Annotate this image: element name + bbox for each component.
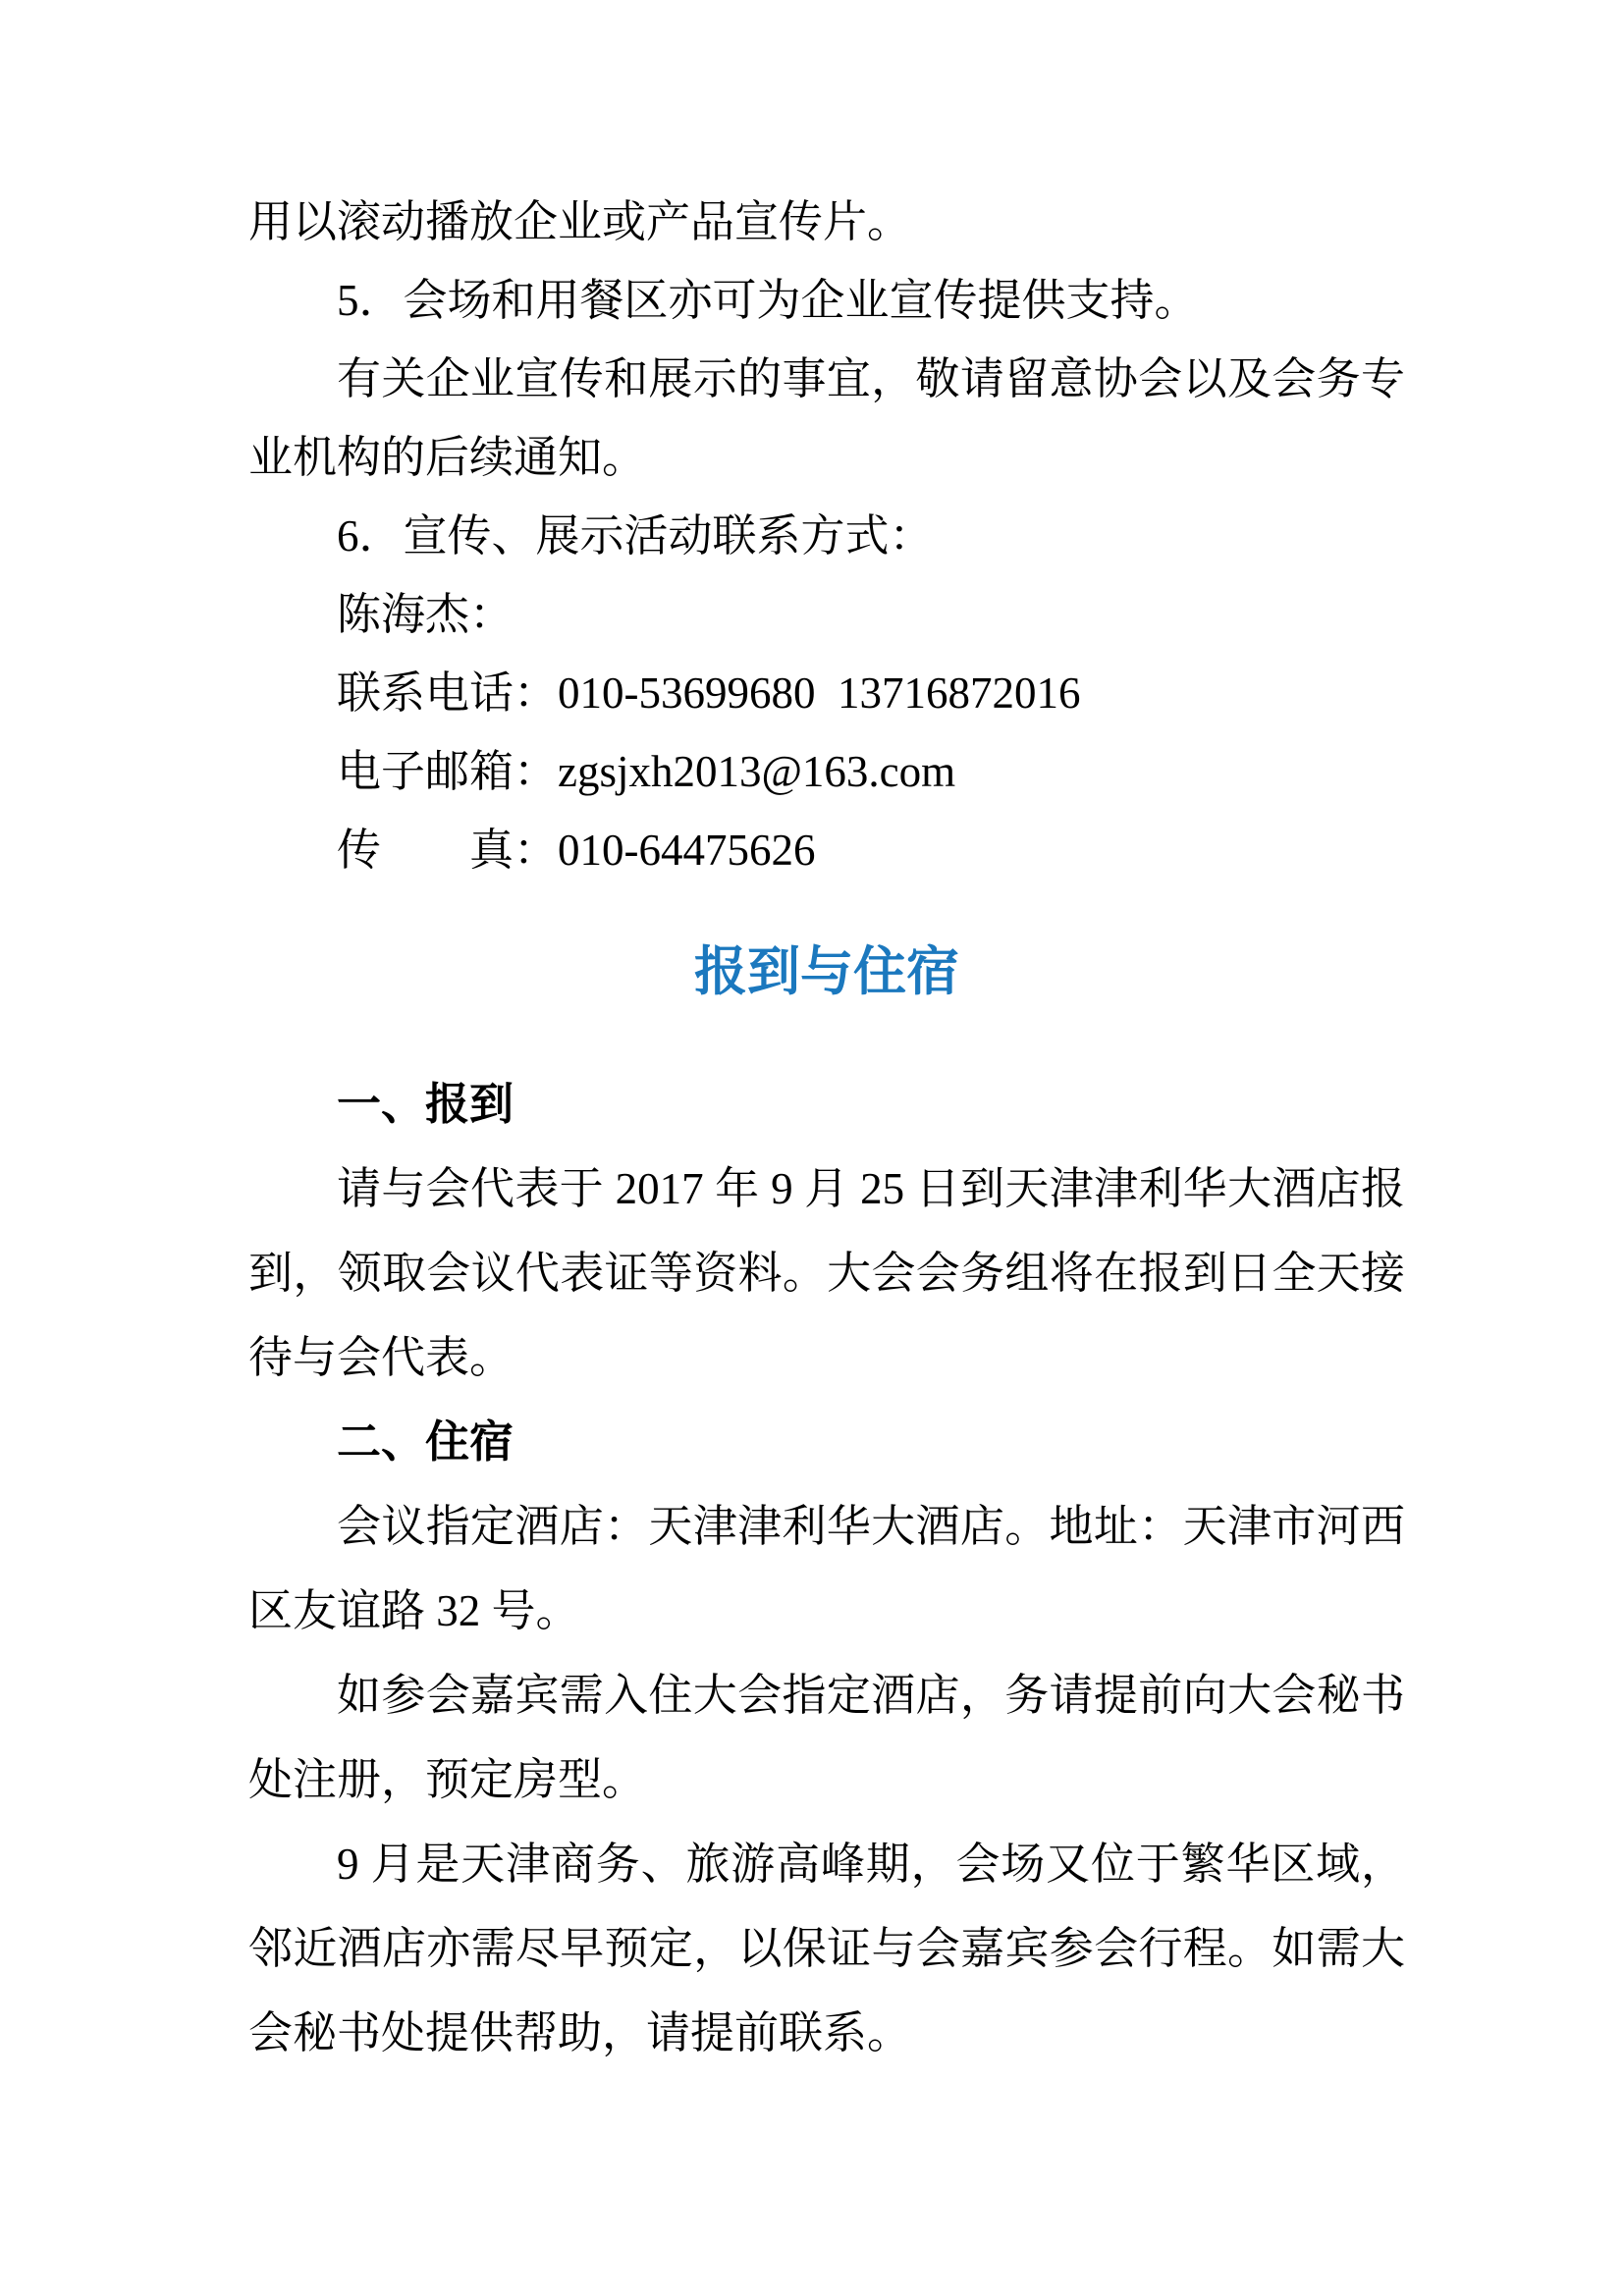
section-registration-lodging: 一、报到 请与会代表于 2017 年 9 月 25 日到天津津利华大酒店报 到，… xyxy=(248,1062,1405,2075)
section-publicity-contact: 用以滚动播放企业或产品宣传片。 5．会场和用餐区亦可为企业宣传提供支持。 有关企… xyxy=(248,183,1405,889)
registration-line-2: 到，领取会议代表证等资料。大会会务组将在报到日全天接 xyxy=(248,1231,1405,1315)
continuation-line: 用以滚动播放企业或产品宣传片。 xyxy=(248,183,1405,261)
notice-line-2: 业机构的后续通知。 xyxy=(248,418,1405,497)
contact-name-line: 陈海杰： xyxy=(248,575,1405,654)
section-heading: 报到与住宿 xyxy=(248,931,1405,1013)
hotel-line-2: 区友谊路 32 号。 xyxy=(248,1569,1405,1653)
item-5-line: 5．会场和用餐区亦可为企业宣传提供支持。 xyxy=(248,261,1405,340)
peak-season-line-2: 邻近酒店亦需尽早预定，以保证与会嘉宾参会行程。如需大 xyxy=(248,1906,1405,1991)
hotel-line-1: 会议指定酒店：天津津利华大酒店。地址：天津市河西 xyxy=(248,1484,1405,1569)
email-line: 电子邮箱：zgsjxh2013@163.com xyxy=(248,732,1405,811)
document-content: 用以滚动播放企业或产品宣传片。 5．会场和用餐区亦可为企业宣传提供支持。 有关企… xyxy=(248,183,1405,2075)
booking-line-2: 处注册，预定房型。 xyxy=(248,1737,1405,1822)
registration-line-1: 请与会代表于 2017 年 9 月 25 日到天津津利华大酒店报 xyxy=(248,1147,1405,1231)
item-6-line: 6．宣传、展示活动联系方式： xyxy=(248,497,1405,575)
subsection-1-title: 一、报到 xyxy=(248,1062,1405,1147)
phone-line: 联系电话：010-53699680 13716872016 xyxy=(248,654,1405,732)
registration-line-3: 待与会代表。 xyxy=(248,1315,1405,1400)
document-page: 用以滚动播放企业或产品宣传片。 5．会场和用餐区亦可为企业宣传提供支持。 有关企… xyxy=(0,0,1624,2296)
subsection-2-title: 二、住宿 xyxy=(248,1400,1405,1484)
peak-season-line-1: 9 月是天津商务、旅游高峰期，会场又位于繁华区域， xyxy=(248,1822,1405,1906)
peak-season-line-3: 会秘书处提供帮助，请提前联系。 xyxy=(248,1991,1405,2075)
fax-line: 传 真：010-64475626 xyxy=(248,811,1405,889)
notice-line-1: 有关企业宣传和展示的事宜，敬请留意协会以及会务专 xyxy=(248,340,1405,418)
booking-line-1: 如参会嘉宾需入住大会指定酒店，务请提前向大会秘书 xyxy=(248,1653,1405,1737)
